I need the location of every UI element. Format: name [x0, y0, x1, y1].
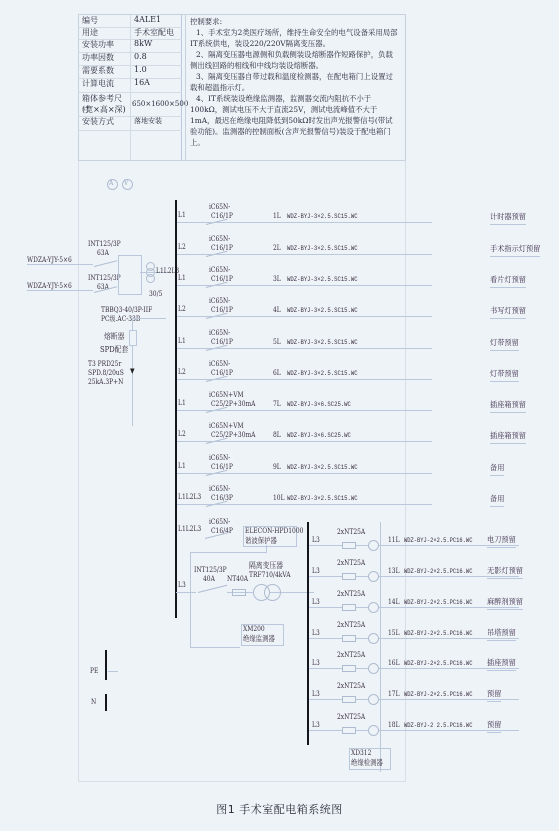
it-circuit-phase: L3 — [312, 598, 320, 607]
row-value: 8kW — [134, 39, 152, 48]
monitor-link — [190, 647, 240, 648]
incoming-breaker-1-rating: 63A — [97, 249, 109, 258]
it-feed-phase: L3 — [178, 581, 186, 590]
circuit-breaker-model: iC65N- — [209, 360, 230, 369]
circuit-id: 5L — [273, 338, 281, 347]
figure-caption: 图1 手术室配电箱系统图 — [0, 801, 559, 817]
it-feed-breaker-rating: 40A — [203, 575, 215, 584]
circuit-cable: WDZ-BYJ-3×2.5.SC15.WC — [287, 212, 358, 221]
it-feed-fuse-icon — [232, 589, 246, 596]
spd-match-label: SPD配套 — [100, 345, 128, 354]
info-table: 编号4ALE1 用途手术室配电 安装功率8kW 功率因数0.8 需要系数1.0 … — [78, 14, 406, 161]
it-circuit-cable: WDZ-BYJ-2×2.5.PC16.WC — [404, 659, 472, 668]
it-circuit-fuse: 2xNT25A — [337, 713, 365, 722]
row-key: 用途 — [82, 27, 128, 38]
row-value: 落地安装 — [134, 116, 162, 126]
circuit-load: 灯带预留 — [490, 338, 519, 351]
circuit-line — [177, 348, 432, 349]
spd-model: T3 PRD25r — [88, 360, 121, 369]
circuit-breaker-model: iC65N+VM — [209, 391, 244, 400]
table-row: 安装方式落地安装 — [79, 116, 182, 131]
row-key: 需要系数 — [82, 65, 128, 76]
it-circuit-ct-icon — [368, 633, 379, 644]
row-value: 650×1600×500 — [132, 100, 188, 108]
spd-fuse-icon — [129, 330, 137, 346]
it-circuit-fuse-icon — [342, 542, 356, 549]
table-row: 箱体参考尺寸 (宽×高×深) 650×1600×500 — [79, 92, 182, 117]
control-item: 4、IT系统装设绝缘监测器，监测器交流内阻抗不小于100kΩ，测试电压不大于直流… — [190, 93, 399, 148]
it-circuit-id: 13L — [388, 567, 400, 576]
pe-ground-line — [108, 671, 118, 672]
it-circuit-fuse-icon — [342, 727, 356, 734]
circuit-cable: WDZ-BYJ-3×2.5.SC15.WC — [287, 244, 358, 253]
circuit-phase: L1 — [178, 399, 186, 408]
it-circuit-load: 无影灯预留 — [487, 566, 523, 579]
it-circuit-id: 11L — [388, 536, 400, 545]
transformer-model: TRF710/4kVA — [249, 571, 291, 580]
it-circuit-cable: WDZ-BYJ-2×2.5.PC16.WC — [404, 536, 472, 545]
table-row: 功率因数0.8 — [79, 52, 182, 66]
spd-rating: 25kA.3P+N — [88, 378, 123, 387]
ats-model: TBBQ3-40/3P-IIF — [101, 306, 152, 315]
incoming-line-2 — [27, 290, 93, 291]
harmonic-device-name: 谐波保护器 — [245, 536, 277, 545]
it-circuit-fuse-icon — [342, 665, 356, 672]
ct-icon — [146, 274, 155, 283]
circuit-line — [177, 316, 432, 317]
circuit-phase: L1 — [178, 462, 186, 471]
circuit-id: 4L — [273, 306, 281, 315]
circuit-id: 8L — [273, 431, 281, 440]
circuit-phase: L2 — [178, 430, 186, 439]
incoming-line-1 — [27, 264, 93, 265]
circuit-load: 灯带预留 — [490, 369, 519, 382]
row-key: 安装方式 — [82, 116, 128, 127]
row-key-sub: (宽×高×深) — [82, 104, 128, 115]
circuit-load: 插座箱预留 — [490, 431, 526, 444]
it-circuit-load: 电刀预留 — [487, 535, 516, 548]
it-circuit-load: 吊塔预留 — [487, 628, 516, 641]
circuit-line — [177, 254, 432, 255]
circuit-line — [177, 222, 432, 223]
circuit-breaker-model: iC65N- — [209, 235, 230, 244]
circuit-load: 书写灯预留 — [490, 306, 526, 319]
circuit-load: 备用 — [490, 463, 504, 476]
circuit-id: 3L — [273, 275, 281, 284]
control-title: 控制要求: — [190, 16, 399, 27]
it-circuit-cable: WDZ-BYJ-2×2.5.PC16.WC — [404, 629, 472, 638]
it-circuit-phase: L3 — [312, 629, 320, 638]
spd-arrow-icon: ▼ — [130, 367, 135, 376]
it-circuit-cable: WDZ-BYJ-2×2.5.PC16.WC — [404, 598, 472, 607]
insulation-monitor-model: XM200 — [243, 625, 265, 634]
circuit-phase: L1L2L3 — [178, 493, 201, 502]
ats-class: PC级.AC-33B — [101, 315, 140, 324]
circuit-cable: WDZ-BYJ-3×2.5.SC15.WC — [287, 494, 358, 503]
pe-busbar — [105, 650, 107, 680]
it-circuit-cable: WDZ-BYJ-2×2.5.PC16.WC — [404, 690, 472, 699]
ct-ratio: 30/5 — [149, 290, 162, 299]
harmonic-phase: L1L2L3 — [178, 525, 201, 534]
circuit-load: 插座箱预留 — [490, 400, 526, 413]
circuit-breaker-model: iC65N+VM — [209, 422, 244, 431]
circuit-cable: WDZ-BYJ-3×2.5.SC15.WC — [287, 463, 358, 472]
it-circuit-id: 18L — [388, 721, 400, 730]
insulation-detector-name: 绝缘检测器 — [351, 758, 383, 767]
it-circuit-ct-icon — [368, 663, 379, 674]
spd-tap-line — [132, 318, 166, 319]
circuit-phase: L2 — [178, 243, 186, 252]
row-value: 手术室配电 — [134, 27, 174, 38]
row-key: 编号 — [82, 15, 128, 26]
circuit-line — [177, 473, 432, 474]
circuit-breaker-rating: C25/2P+30mA — [211, 431, 255, 440]
circuit-id: 6L — [273, 369, 281, 378]
harmonic-link-h — [190, 552, 267, 553]
main-busbar — [175, 200, 177, 618]
incoming-breaker-2-model: INT125/3P — [88, 274, 121, 283]
ammeter-label: A — [109, 179, 113, 188]
circuit-load: 计时器预留 — [490, 212, 526, 225]
it-circuit-id: 14L — [388, 598, 400, 607]
n-busbar — [105, 694, 107, 711]
it-circuit-load: 插座预留 — [487, 658, 516, 671]
circuit-id: 7L — [273, 400, 281, 409]
it-circuit-phase: L3 — [312, 721, 320, 730]
it-circuit-fuse: 2xNT25A — [337, 559, 365, 568]
it-monitor-link — [190, 552, 191, 647]
it-circuit-fuse-icon — [342, 573, 356, 580]
circuit-load: 备用 — [490, 494, 504, 507]
it-circuit-ct-icon — [368, 571, 379, 582]
spd-fuse-label: 熔断器 — [104, 332, 124, 341]
row-key: 计算电流 — [82, 78, 128, 89]
circuit-cable: WDZ-BYJ-3×2.5.SC15.WC — [287, 306, 358, 315]
it-circuit-load: 麻醉剂预留 — [487, 597, 523, 610]
row-key: 安装功率 — [82, 39, 128, 50]
it-circuit-fuse: 2xNT25A — [337, 682, 365, 691]
circuit-id: 9L — [273, 463, 281, 472]
incoming-breaker-1-model: INT125/3P — [88, 240, 121, 249]
row-key: 功率因数 — [82, 52, 128, 63]
it-circuit-cable: WDZ-BYJ-2 2.5.PC16.WC — [404, 721, 472, 730]
table-row: 需要系数1.0 — [79, 65, 182, 79]
it-feed-line-a — [176, 592, 196, 593]
circuit-id: 2L — [273, 244, 281, 253]
circuit-load: 手术指示灯预留 — [490, 244, 540, 257]
it-circuit-load: 预留 — [487, 689, 501, 702]
it-circuit-fuse-icon — [342, 696, 356, 703]
circuit-cable: WDZ-BYJ-3×6.SC25.WC — [287, 400, 351, 409]
it-circuit-fuse: 2xNT25A — [337, 651, 365, 660]
harmonic-link — [266, 545, 267, 552]
it-circuit-phase: L3 — [312, 659, 320, 668]
control-requirements: 控制要求: 1、手术室为2类医疗场所，维持生命安全的电气设备采用局部IT系统供电… — [185, 15, 403, 160]
it-circuit-id: 16L — [388, 659, 400, 668]
circuit-phase: L1 — [178, 274, 186, 283]
circuit-cable: WDZ-BYJ-3×6.SC25.WC — [287, 431, 351, 440]
it-circuit-fuse: 2xNT25A — [337, 528, 365, 537]
row-value: 1.0 — [134, 65, 147, 74]
circuit-breaker-rating: C25/2P+30mA — [211, 400, 255, 409]
pe-label: PE — [90, 667, 98, 676]
circuit-load: 看片灯预留 — [490, 275, 526, 288]
circuit-breaker-model: iC65N- — [209, 454, 230, 463]
ats-box — [118, 255, 142, 295]
circuit-breaker-model: iC65N- — [209, 266, 230, 275]
table-row: 计算电流16A — [79, 78, 182, 93]
harmonic-breaker-model: iC65N- — [209, 518, 230, 527]
it-circuit-ct-icon — [368, 694, 379, 705]
circuit-cable: WDZ-BYJ-3×2.5.SC15.WC — [287, 275, 358, 284]
harmonic-device-model: ELECON-HPD1000 — [245, 527, 303, 536]
n-label: N — [91, 698, 96, 707]
circuit-line — [177, 285, 432, 286]
circuit-line — [177, 410, 432, 411]
it-circuit-ct-icon — [368, 725, 379, 736]
it-circuit-fuse: 2xNT25A — [337, 621, 365, 630]
it-circuit-fuse: 2xNT25A — [337, 590, 365, 599]
circuit-breaker-model: iC65N- — [209, 329, 230, 338]
circuit-id: 1L — [273, 212, 281, 221]
transformer-coil-icon — [264, 584, 281, 601]
circuit-breaker-model: iC65N- — [209, 297, 230, 306]
it-circuit-fuse-icon — [342, 635, 356, 642]
control-item: 3、隔离变压器自带过载和温度检测器，在配电箱门上设置过载和超温指示灯。 — [190, 71, 399, 93]
circuit-breaker-model: iC65N- — [209, 485, 230, 494]
circuit-line — [177, 504, 432, 505]
transformer-name: 隔离变压器 — [249, 561, 283, 570]
row-value: 16A — [134, 78, 150, 87]
it-circuit-ct-icon — [368, 602, 379, 613]
circuit-line — [177, 379, 432, 380]
it-sense-line — [380, 522, 381, 772]
spd-waveform: SPD.8/20uS — [88, 369, 124, 378]
table-row: 安装功率8kW — [79, 39, 182, 53]
circuit-phase: L1 — [178, 337, 186, 346]
circuit-phase: L2 — [178, 305, 186, 314]
control-item: 2、隔离变压器电源侧和负载侧装设熔断器作短路保护，负载侧出线回路的相线和中线均装… — [190, 49, 399, 71]
circuit-cable: WDZ-BYJ-3×2.5.SC15.WC — [287, 338, 358, 347]
it-feed-fuse: NT40A — [227, 575, 248, 584]
row-value: 0.8 — [134, 52, 147, 61]
insulation-detector-model: XD312 — [351, 749, 371, 758]
it-feed-breaker-model: INT125/3P — [194, 566, 227, 575]
it-circuit-id: 15L — [388, 629, 400, 638]
it-circuit-cable: WDZ-BYJ-2×2.5.PC16.WC — [404, 567, 472, 576]
voltmeter-label: V — [124, 179, 128, 188]
circuit-phase: L2 — [178, 368, 186, 377]
it-busbar — [307, 522, 309, 745]
insulation-monitor-name: 绝缘监测器 — [243, 634, 275, 643]
it-circuit-id: 17L — [388, 690, 400, 699]
circuit-cable: WDZ-BYJ-3×2.5.SC15.WC — [287, 369, 358, 378]
circuit-id: 10L — [273, 494, 285, 503]
circuit-breaker-model: iC65N- — [209, 203, 230, 212]
row-value: 4ALE1 — [134, 15, 161, 24]
control-item: 1、手术室为2类医疗场所，维持生命安全的电气设备采用局部IT系统供电，装设220… — [190, 27, 399, 49]
it-circuit-phase: L3 — [312, 567, 320, 576]
it-circuit-phase: L3 — [312, 690, 320, 699]
it-circuit-phase: L3 — [312, 536, 320, 545]
circuit-line — [177, 441, 432, 442]
it-circuit-load: 预留 — [487, 720, 501, 733]
it-circuit-ct-icon — [368, 540, 379, 551]
it-circuit-fuse-icon — [342, 604, 356, 611]
circuit-phase: L1 — [178, 211, 186, 220]
